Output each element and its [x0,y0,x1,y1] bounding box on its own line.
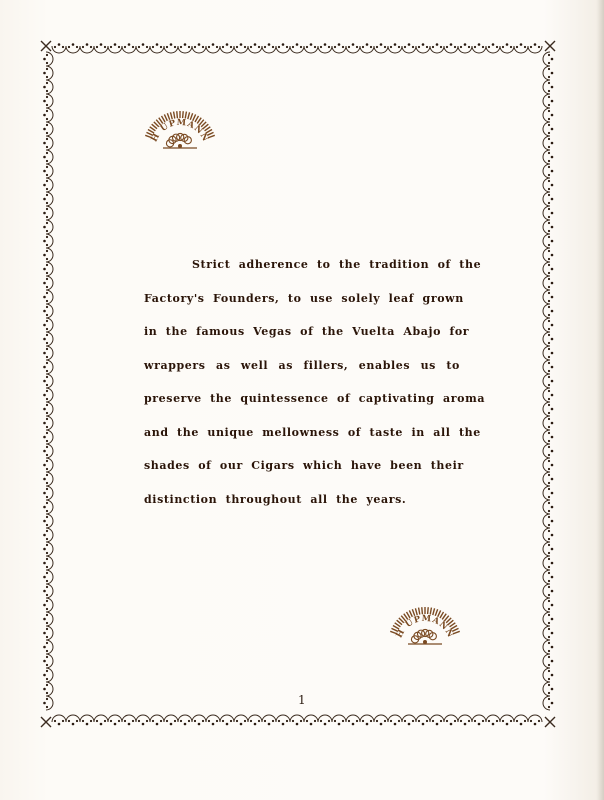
body-paragraph: Strict adherence to the tradition of the… [144,253,460,521]
document-page: H UPMANN Strict adherence to the traditi… [0,0,604,800]
text-line: wrappers as well as fillers, enables us … [144,354,460,388]
text-line: preserve the quintessence of captivating… [144,387,460,421]
text-line: and the unique mellowness of taste in al… [144,421,460,455]
text-line: in the famous Vegas of the Vuelta Abajo … [144,320,460,354]
text-line: distinction throughout all the years. [144,488,460,522]
text-line: shades of our Cigars which have been the… [144,454,460,488]
hupmann-logo-icon: H UPMANN [386,602,464,648]
page-number: 1 [298,693,306,707]
text-line: Strict adherence to the tradition of the [144,253,460,287]
text-line: Factory's Founders, to use solely leaf g… [144,287,460,321]
hupmann-logo-icon: H UPMANN [141,106,219,152]
